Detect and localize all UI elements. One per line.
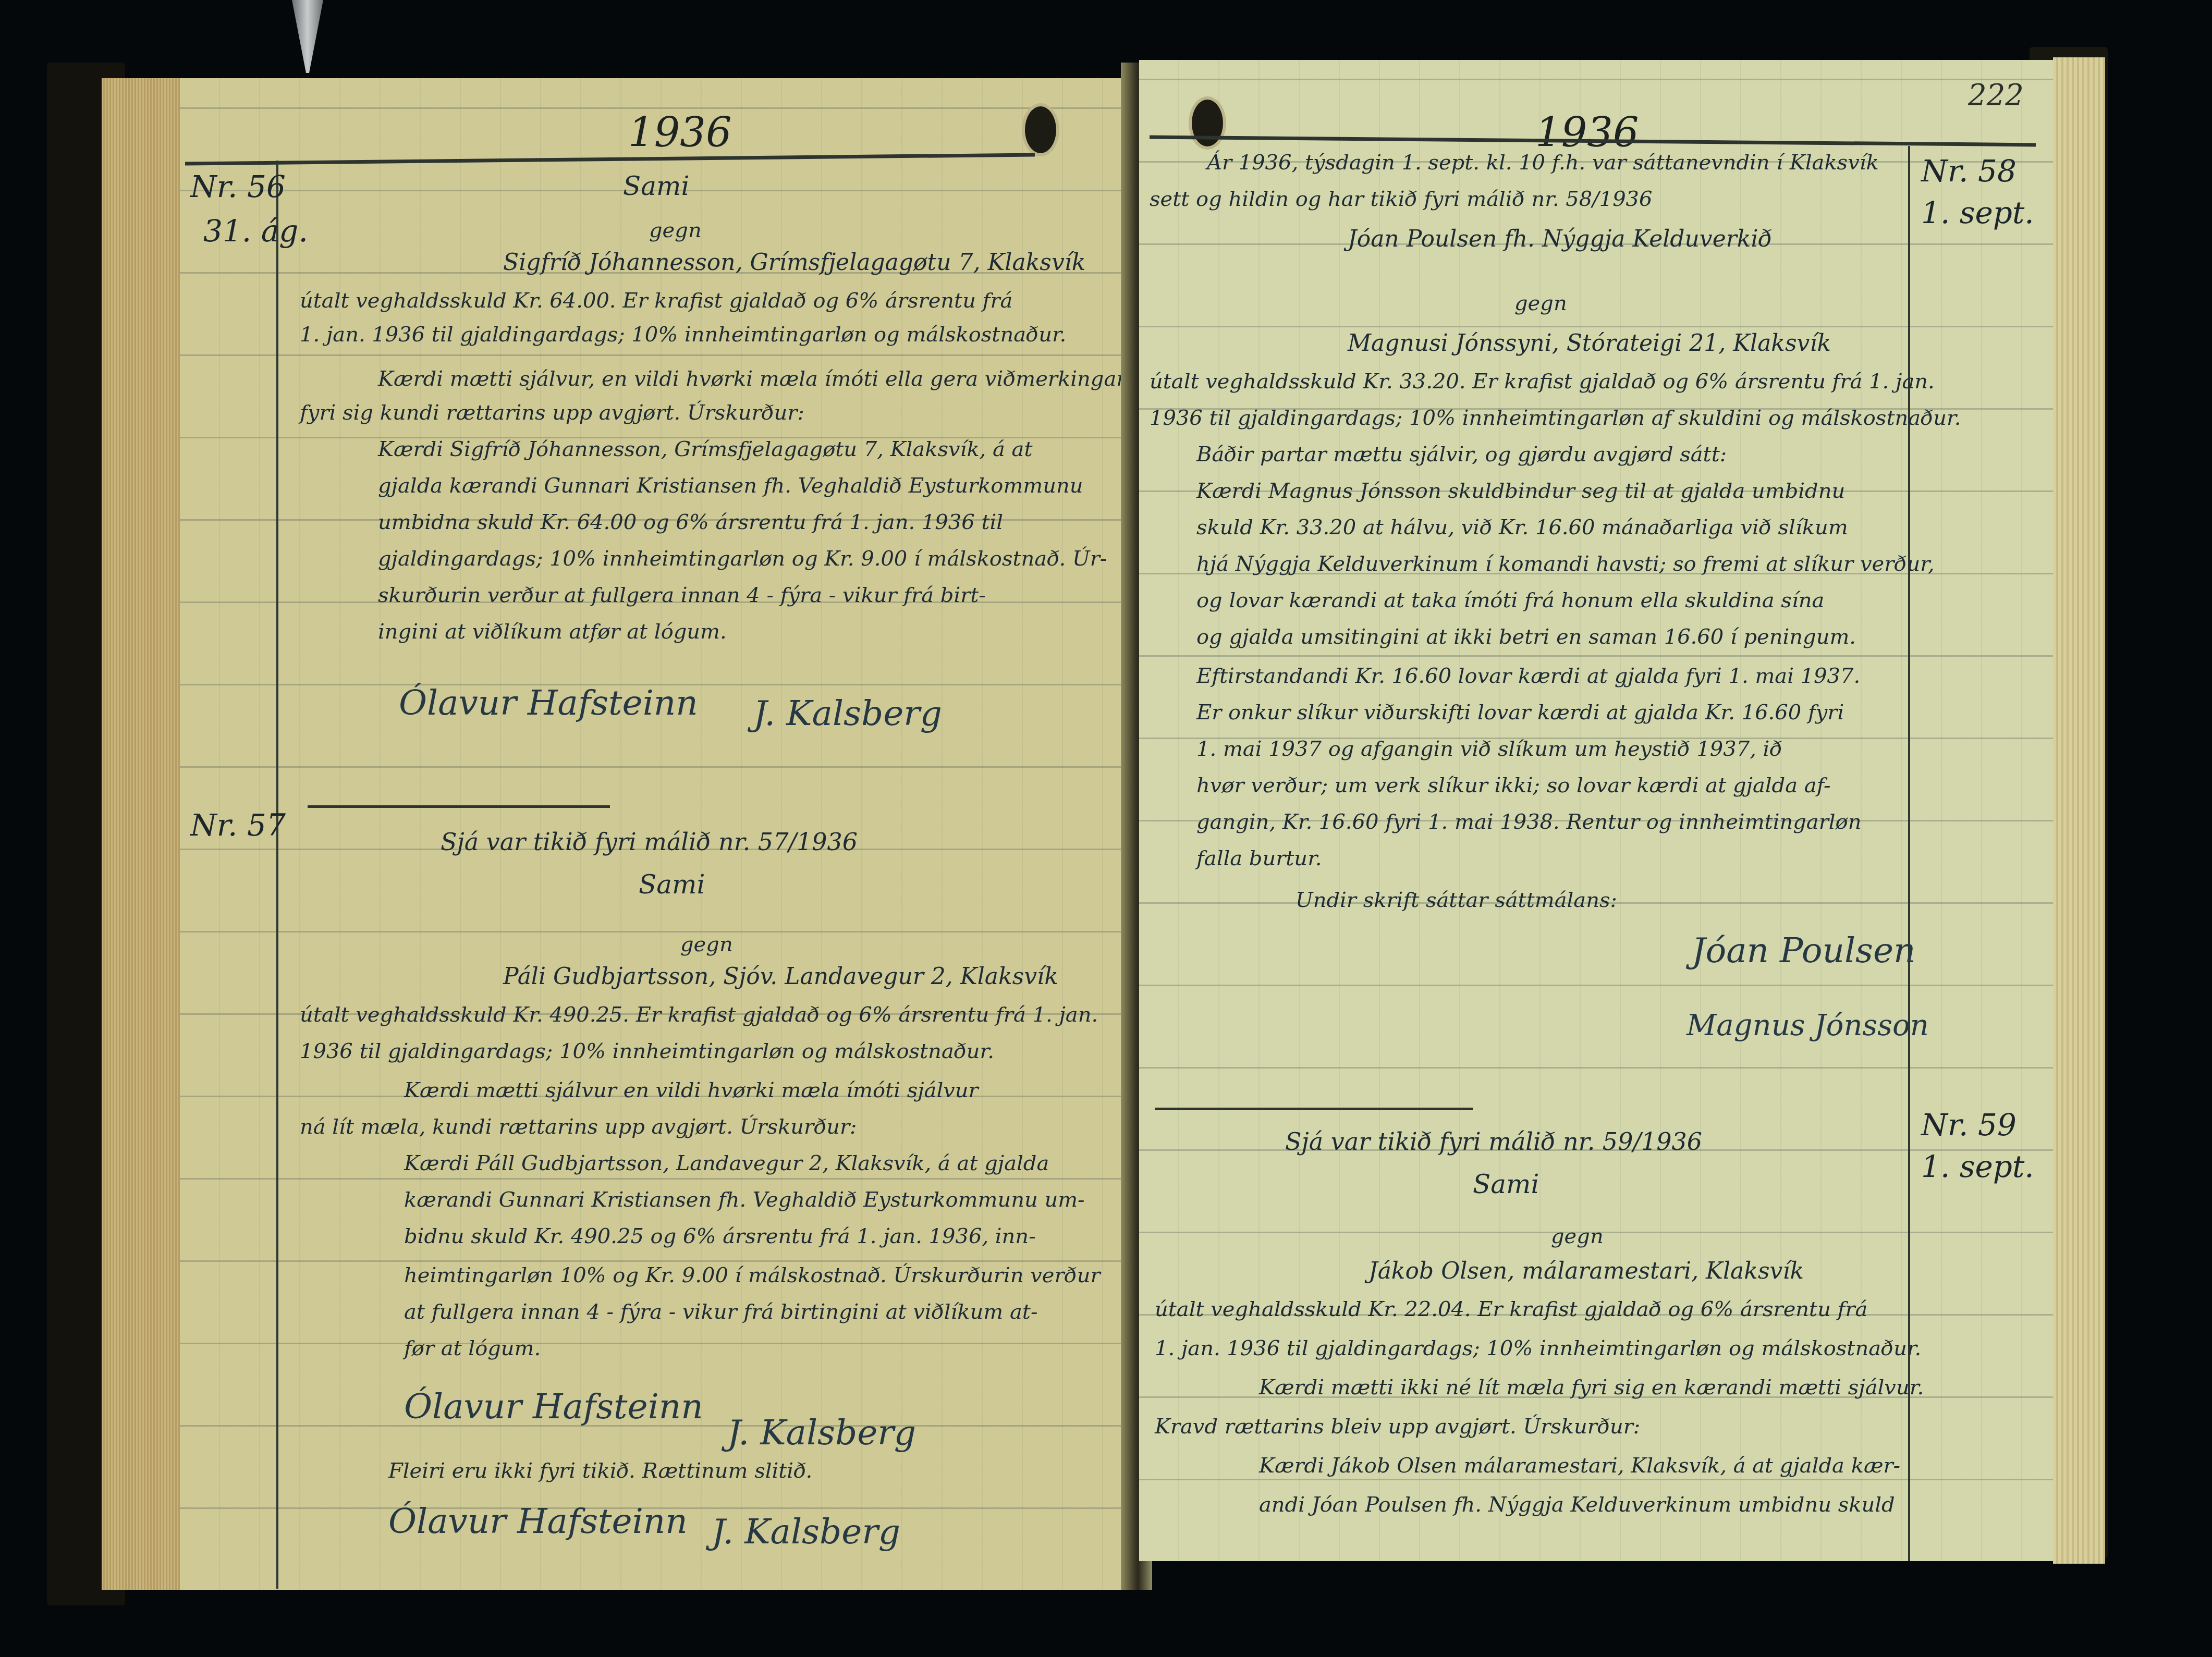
entry-line: Sami (1473, 1170, 1539, 1199)
entry-line: at fullgera innan 4 - fýra - vikur frá b… (404, 1300, 1037, 1323)
entry-line: hvør verður; um verk slíkur ikki; so lov… (1196, 774, 1831, 797)
year-header: 1936 (628, 109, 732, 156)
entry-line: Kærdi mætti sjálvur en vildi hvørki mæla… (404, 1079, 979, 1102)
binding-hole (1022, 103, 1059, 156)
page-edges-left (102, 78, 180, 1590)
entry-line: gjaldingardags; 10% innheimtingarløn og … (378, 547, 1107, 570)
signature: Ólavur Hafsteinn (388, 1501, 688, 1541)
separator-rule (308, 805, 610, 808)
entry-line: Undir skrift sáttar sáttmálans: (1296, 889, 1617, 912)
letter-opener (292, 0, 323, 73)
entry-line: ná lít mæla, kundi rættarins upp avgjørt… (300, 1115, 857, 1138)
signature: J. Kalsberg (712, 1512, 900, 1552)
entry-line: Kravd rættarins bleiv upp avgjørt. Úrsku… (1155, 1415, 1640, 1438)
entry-line: heimtingarløn 10% og Kr. 9.00 í málskost… (404, 1264, 1101, 1287)
margin-column-line (276, 161, 278, 1589)
entry-line: andi Jóan Poulsen fh. Nýggja Kelduverkin… (1259, 1493, 1895, 1516)
entry-line: Kærdi Sigfríð Jóhannesson, Grímsfjelagag… (378, 438, 1033, 461)
entry-line: gegn (1551, 1225, 1604, 1248)
entry-line: Sjá var tikið fyri málið nr. 59/1936 (1285, 1128, 1702, 1155)
header-rule (185, 153, 1035, 165)
entry-line: Magnusi Jónssyni, Stórateigi 21, Klaksví… (1348, 331, 1831, 356)
entry-line: Ár 1936, týsdagin 1. sept. kl. 10 f.h. v… (1207, 151, 1879, 174)
entry-line: gangin, Kr. 16.60 fyri 1. mai 1938. Rent… (1196, 811, 1861, 833)
entry-line: falla burtur. (1196, 847, 1322, 870)
entry-line: 1. jan. 1936 til gjaldingardags; 10% inn… (300, 323, 1066, 346)
entry-line: gegn (649, 219, 702, 242)
entry-line: skurðurin verður at fullgera innan 4 - f… (378, 584, 986, 607)
entry-line: skuld Kr. 33.20 at hálvu, við Kr. 16.60 … (1196, 516, 1848, 539)
entry-line: sett og hildin og har tikið fyri málið n… (1150, 188, 1653, 211)
entry-line: umbidna skuld Kr. 64.00 og 6% ársrentu f… (378, 511, 1003, 534)
page-edges-right (2053, 57, 2105, 1564)
entry-line: bidnu skuld Kr. 490.25 og 6% ársrentu fr… (404, 1225, 1036, 1248)
entry-line: ingini at viðlíkum atfør at lógum. (378, 620, 727, 643)
entry-line: Páli Gudbjartsson, Sjóv. Landavegur 2, K… (503, 964, 1058, 989)
entry-line: og gjalda umsitingini at ikki betri en s… (1196, 625, 1856, 648)
entry-line: Jákob Olsen, málaramestari, Klaksvík (1368, 1259, 1804, 1284)
entry-line: Jóan Poulsen fh. Nýggja Kelduverkið (1348, 227, 1772, 252)
entry-line: Kærdi mætti sjálvur, en vildi hvørki mæl… (378, 367, 1131, 390)
entry-line: Kærdi Jákob Olsen málaramestari, Klaksví… (1259, 1454, 1900, 1477)
entry-number: Nr. 59 (1921, 1102, 2017, 1148)
entry-line: 1936 til gjaldingardags; 10% innheimting… (1150, 407, 1961, 429)
page-number: 222 (1968, 78, 2024, 112)
signature: Ólavur Hafsteinn (399, 683, 698, 723)
signature: Magnus Jónsson (1687, 1009, 1929, 1042)
entry-line: Báðir partar mættu sjálvir, og gjørdu av… (1196, 443, 1727, 466)
entry-line: Sjá var tikið fyri málið nr. 57/1936 (441, 829, 858, 855)
entry-line: fyri sig kundi rættarins upp avgjørt. Úr… (300, 401, 804, 424)
entry-line: Sigfríð Jóhannesson, Grímsfjelagagøtu 7,… (503, 250, 1086, 275)
entry-line: Kærdi mætti ikki né lít mæla fyri sig en… (1259, 1376, 1924, 1399)
signature: J. Kalsberg (753, 693, 942, 733)
signature: Ólavur Hafsteinn (404, 1386, 703, 1427)
year-header: 1936 (1535, 109, 1639, 156)
entry-line: gegn (1514, 292, 1567, 315)
entry-line: Er onkur slíkur viðurskifti lovar kærdi … (1196, 701, 1844, 724)
entry-number: Nr. 58 (1921, 149, 2017, 194)
entry-line: útalt veghaldsskuld Kr. 33.20. Er krafis… (1150, 370, 1935, 393)
separator-rule (1155, 1108, 1473, 1110)
binding-hole (1189, 96, 1226, 150)
entry-line: 1. mai 1937 og afgangin við slíkum um he… (1196, 738, 1782, 760)
entry-line: Sami (623, 172, 689, 201)
entry-line: útalt veghaldsskuld Kr. 64.00. Er krafis… (300, 289, 1012, 312)
entry-number: Nr. 56 (190, 164, 286, 210)
entry-line: útalt veghaldsskuld Kr. 490.25. Er krafi… (300, 1003, 1098, 1026)
entry-line: Sami (639, 870, 705, 899)
entry-line: før at lógum. (404, 1337, 541, 1360)
entry-line: 1. jan. 1936 til gjaldingardags; 10% inn… (1155, 1337, 1921, 1360)
entry-number: Nr. 57 (190, 803, 286, 848)
entry-line: gjalda kærandi Gunnari Kristiansen fh. V… (378, 474, 1083, 497)
entry-line: og lovar kærandi at taka ímóti frá honum… (1196, 589, 1824, 612)
entry-date: 1. sept. (1921, 190, 2034, 236)
entry-line: Kærdi Páll Gudbjartsson, Landavegur 2, K… (404, 1152, 1049, 1175)
left-page: 1936 Nr. 56 31. ág. Sami gegn Sigfríð Jó… (180, 78, 1131, 1590)
entry-line: hjá Nýggja Kelduverkinum í komandi havst… (1196, 553, 1935, 575)
entry-date: 1. sept. (1921, 1144, 2034, 1189)
entry-line: gegn (680, 933, 733, 956)
entry-date: 31. ág. (203, 208, 308, 254)
entry-line: 1936 til gjaldingardags; 10% innheimting… (300, 1040, 994, 1063)
entry-line: kærandi Gunnari Kristiansen fh. Veghaldi… (404, 1188, 1085, 1211)
entry-line: Eftirstandandi Kr. 16.60 lovar kærdi at … (1196, 665, 1860, 688)
right-page: 222 1936 Nr. 58 1. sept. Ár 1936, týsdag… (1139, 60, 2054, 1561)
signature: J. Kalsberg (727, 1413, 916, 1453)
entry-line: útalt veghaldsskuld Kr. 22.04. Er krafis… (1155, 1298, 1867, 1321)
closing-line: Fleiri eru ikki fyri tikið. Rættinum sli… (388, 1459, 812, 1482)
signature: Jóan Poulsen (1692, 930, 1916, 971)
entry-line: Kærdi Magnus Jónsson skuldbindur seg til… (1196, 480, 1845, 502)
